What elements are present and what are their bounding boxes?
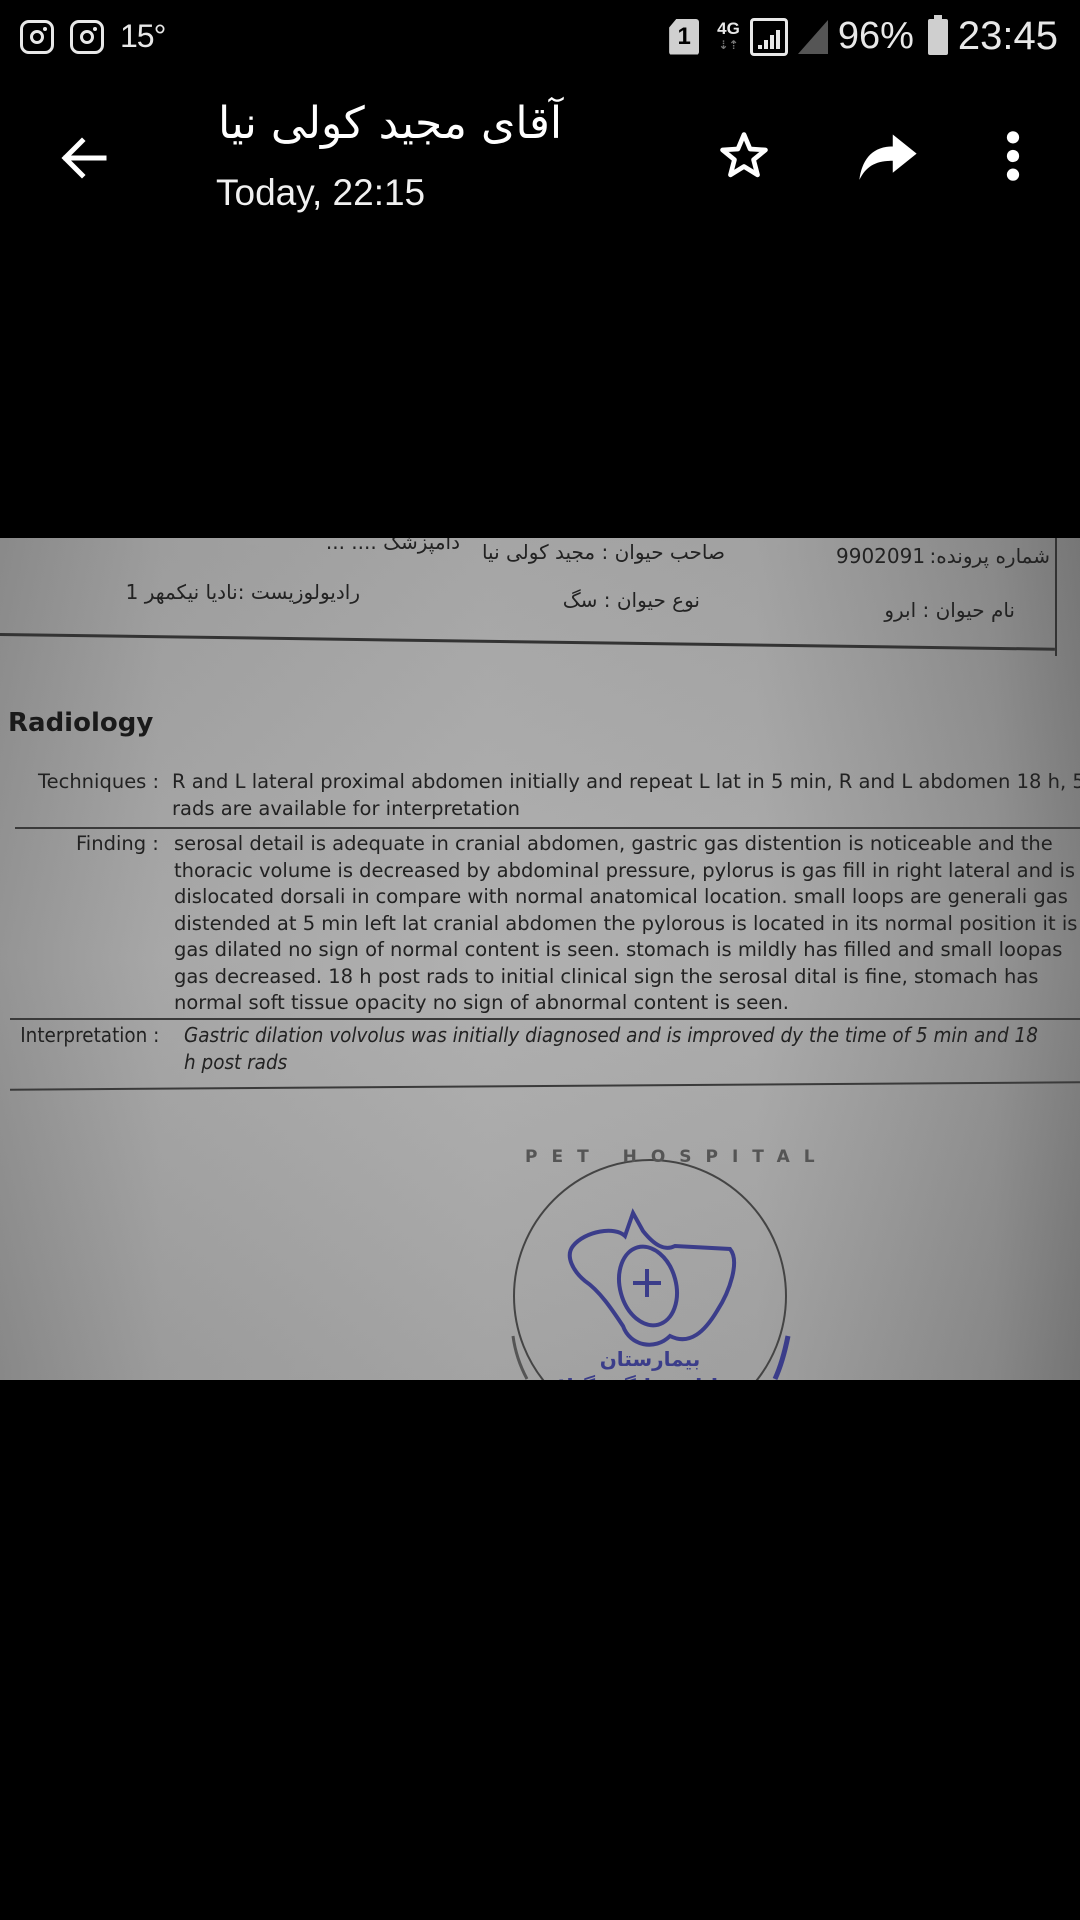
stamp-line1: بیمارستان	[565, 1347, 735, 1371]
network-type-icon: 4G⇣⇡	[717, 21, 740, 53]
text-line: gas decreased. 18 h post rads to initial…	[174, 964, 1074, 991]
stamp-seal-icon	[505, 1151, 795, 1380]
text-line: distended at 5 min left lat cranial abdo…	[174, 911, 1074, 938]
techniques-label: Techniques :	[38, 769, 159, 796]
clock: 23:45	[958, 14, 1058, 59]
conversation-title: آقای مجید کولی نیا	[218, 98, 562, 149]
status-bar: 15° 1 4G⇣⇡ 96% 23:45	[0, 0, 1080, 75]
text-line: normal soft tissue opacity no sign of ab…	[174, 990, 1074, 1017]
timestamp: Today, 22:15	[216, 172, 425, 214]
arrow-left-icon	[56, 130, 112, 186]
section-divider	[10, 1018, 1080, 1020]
favorite-button[interactable]	[712, 124, 776, 188]
star-icon	[716, 128, 772, 184]
instagram-icon	[20, 20, 54, 54]
finding-label: Finding :	[76, 831, 159, 858]
owner-name: صاحب حیوان : مجید کولی نیا	[482, 540, 725, 564]
section-title: Radiology	[8, 708, 153, 738]
share-arrow-icon	[857, 128, 919, 184]
text-line: thoracic volume is decreased by abdomina…	[174, 858, 1074, 885]
more-vertical-icon	[981, 124, 1045, 188]
battery-percent: 96%	[838, 15, 914, 58]
file-number: 9902091	[836, 544, 925, 568]
vet-name: دامپزشک .... ...	[326, 538, 460, 554]
text-line: rads are available for interpretation	[172, 796, 1072, 823]
sim-card-icon: 1	[669, 19, 699, 55]
stamp-ring-text: PET HOSPITAL	[525, 1147, 775, 1167]
app-bar: آقای مجید کولی نیا Today, 22:15	[0, 80, 1080, 240]
interpretation-label: Interpretation :	[20, 1022, 159, 1049]
back-button[interactable]	[56, 130, 112, 186]
instagram-icon	[70, 20, 104, 54]
hospital-stamp: PET HOSPITAL بیمارستان حیوانات خانگی گیل…	[505, 1151, 795, 1380]
animal-type: نوع حیوان : سگ	[563, 588, 700, 612]
text-line: dislocated dorsali in compare with norma…	[174, 884, 1074, 911]
animal-name: نام حیوان : ابرو	[884, 598, 1015, 622]
signal-sim2-icon	[798, 20, 828, 54]
text-line: gas dilated no sign of normal content is…	[174, 937, 1074, 964]
more-options-button[interactable]	[981, 124, 1045, 188]
attached-document-image[interactable]: شماره پرونده: 9902091 صاحب حیوان : مجید …	[0, 538, 1080, 1380]
radiologist-name: رادیولوزیست :نادیا نیکمهر 1	[126, 580, 360, 604]
signal-strength-icon	[750, 18, 788, 56]
section-divider	[15, 827, 1080, 829]
text-line: R and L lateral proximal abdomen initial…	[172, 769, 1072, 796]
text-line: h post rads	[184, 1049, 1080, 1076]
battery-icon	[928, 19, 948, 55]
weather-temperature: 15°	[120, 18, 165, 55]
text-line: serosal detail is adequate in cranial ab…	[174, 831, 1074, 858]
stamp-line2: حیوانات خانگی گیلان	[545, 1375, 755, 1380]
file-number-label: شماره پرونده:	[930, 544, 1050, 568]
text-line: Gastric dilation volvolus was initially …	[184, 1022, 1080, 1049]
share-button[interactable]	[856, 124, 920, 188]
